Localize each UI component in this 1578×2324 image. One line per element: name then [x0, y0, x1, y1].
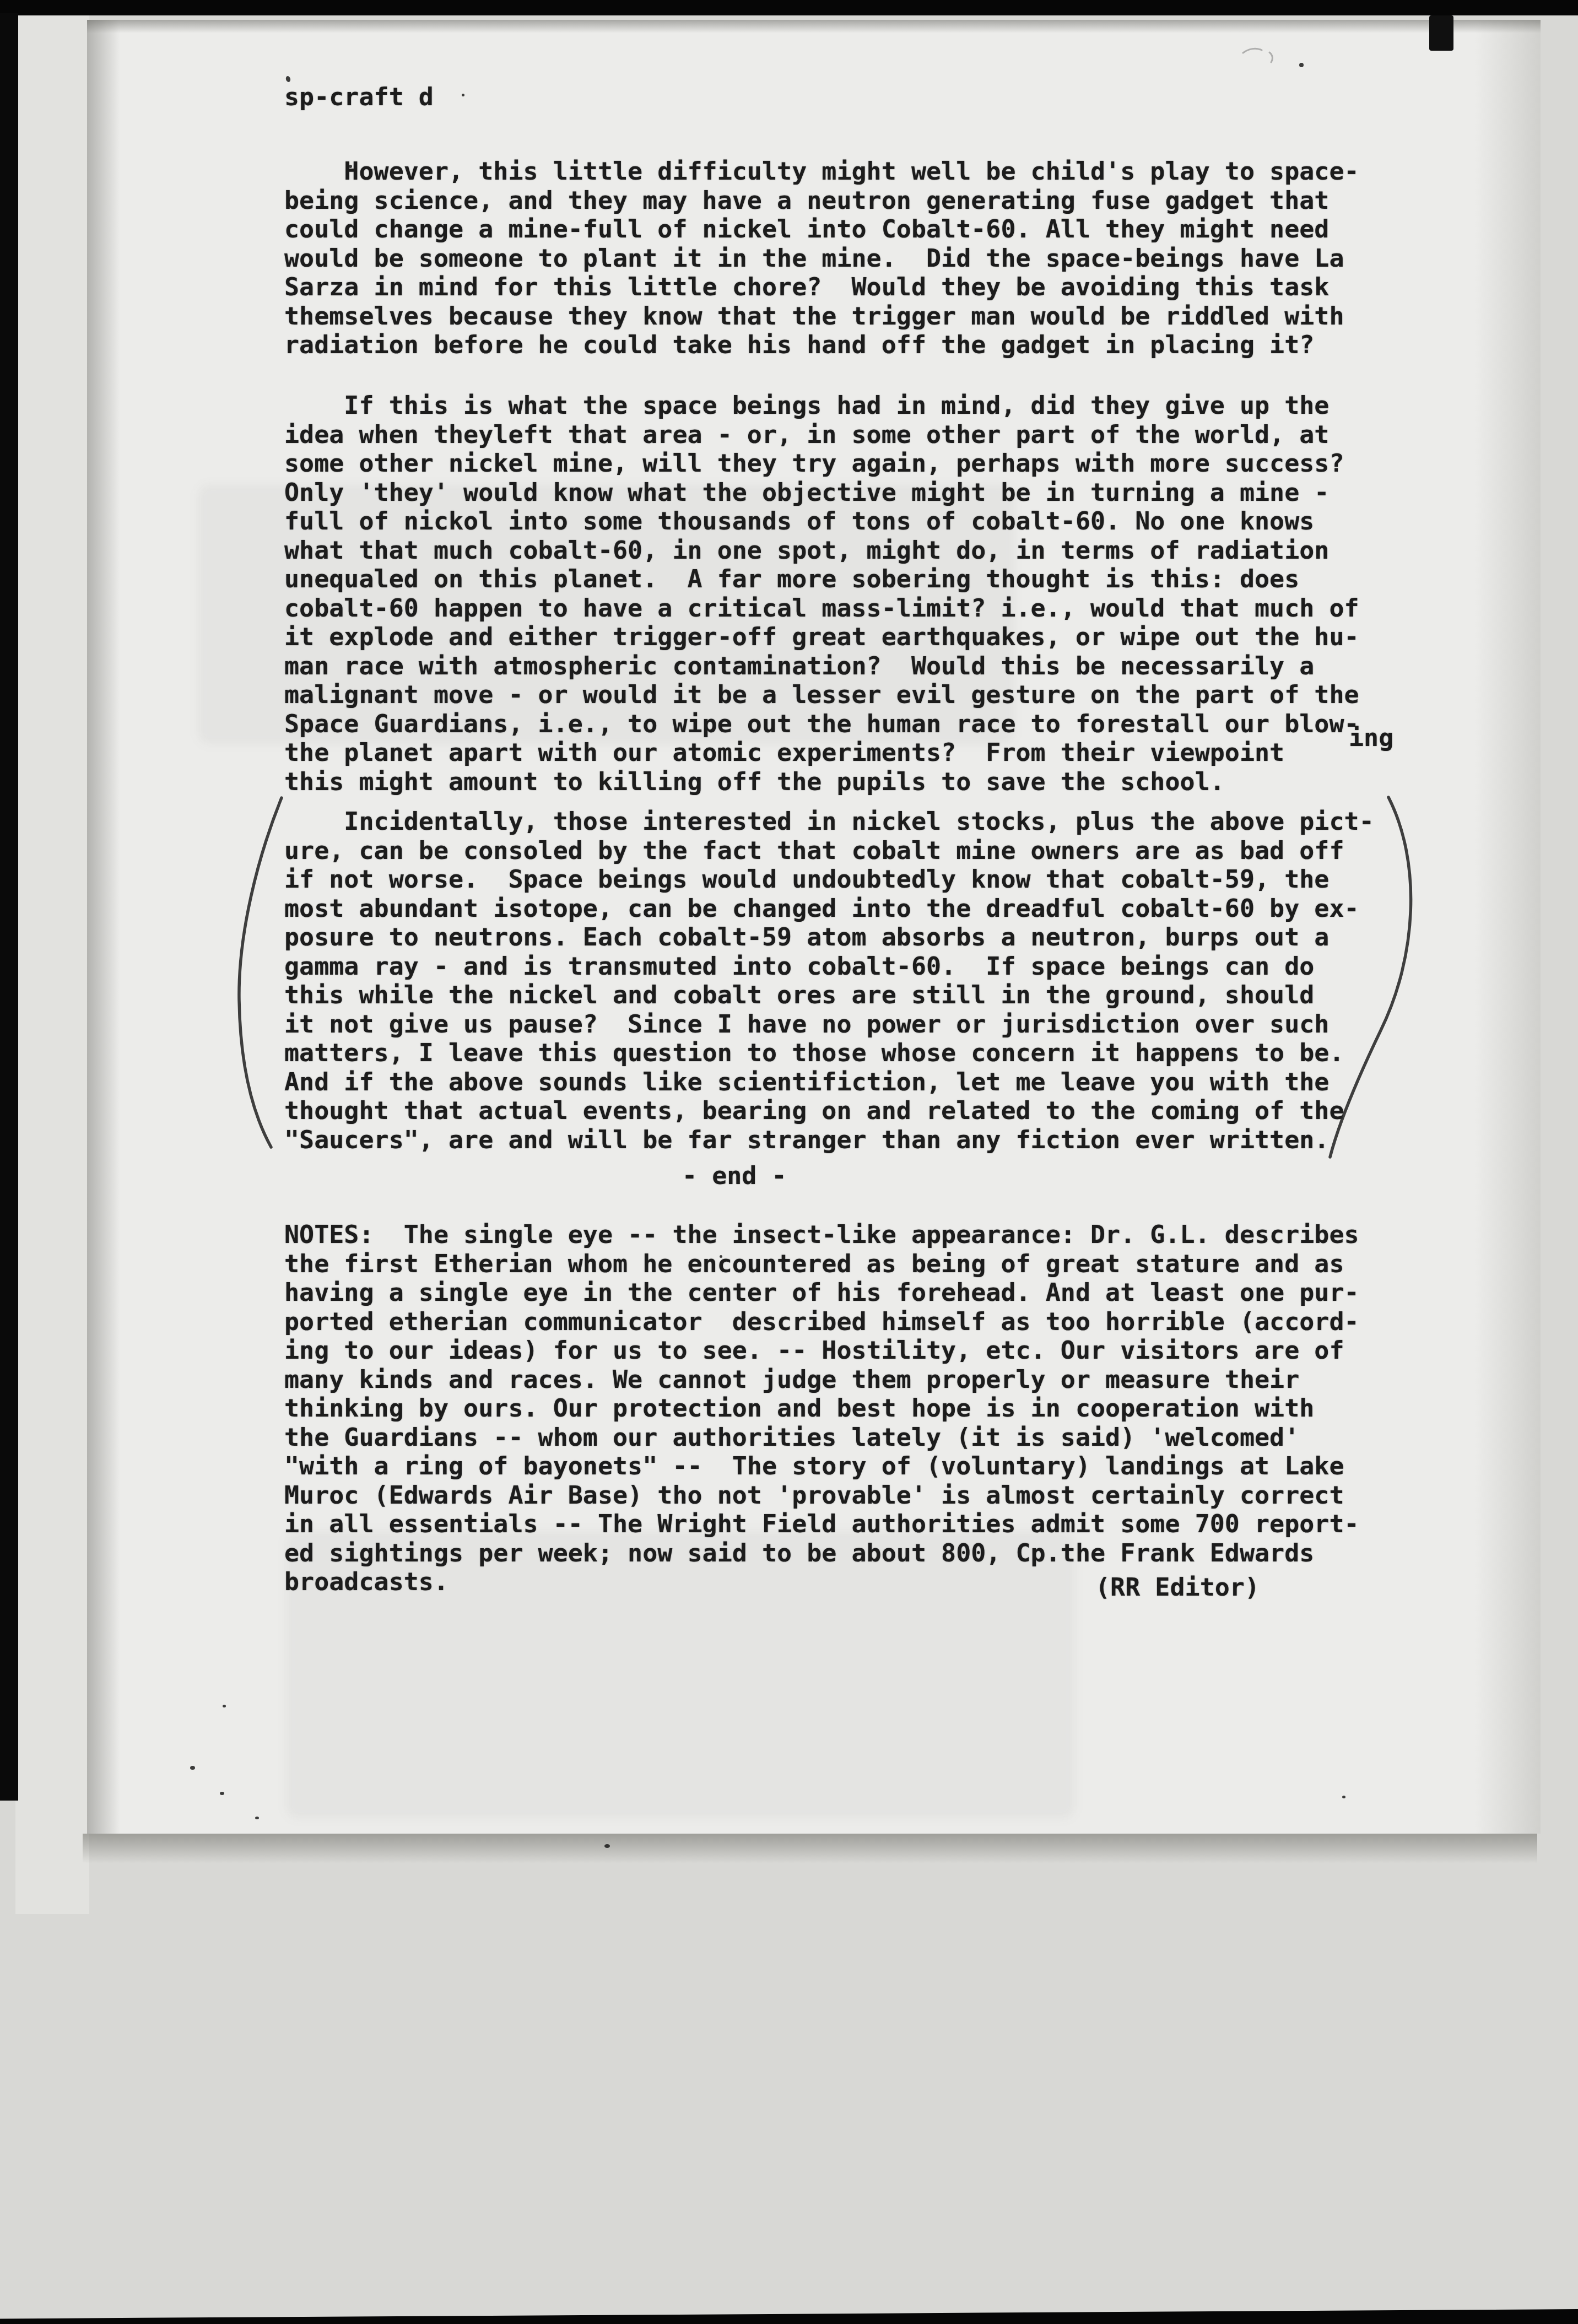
text-line: ed sightings per week; now said to be ab… [284, 1539, 1359, 1568]
text-line: having a single eye in the center of his… [284, 1278, 1359, 1307]
text-line: being science, and they may have a neutr… [284, 186, 1359, 215]
text-line: idea when theyleft that area - or, in so… [284, 420, 1359, 450]
text-line: if not worse. Space beings would undoubt… [284, 865, 1374, 894]
text-line: "Saucers", are and will be far stranger … [284, 1126, 1374, 1155]
paragraph-3: Incidentally, those interested in nickel… [284, 807, 1374, 1154]
text-line: thought that actual events, bearing on a… [284, 1096, 1374, 1126]
underlying-sheet-edge [15, 13, 89, 1914]
text-line: full of nickol into some thousands of to… [284, 507, 1359, 536]
scanned-document-page: sp-craft d However, this little difficul… [0, 0, 1578, 2324]
typed-insertion-ing: ing [1349, 723, 1393, 753]
text-line: ure, can be consoled by the fact that co… [284, 836, 1374, 866]
dust-speck [1342, 1796, 1345, 1798]
text-line: Muroc (Edwards Air Base) tho not 'provab… [284, 1481, 1359, 1510]
text-line: gamma ray - and is transmuted into cobal… [284, 952, 1374, 981]
page-slug: sp-craft d [284, 83, 434, 112]
paper-bottom-shadow [83, 1834, 1537, 1863]
end-marker: - end - [682, 1161, 787, 1191]
dust-speck [255, 1817, 259, 1819]
text-line: thinking by ours. Our protection and bes… [284, 1394, 1359, 1423]
text-line: many kinds and races. We cannot judge th… [284, 1365, 1359, 1395]
text-line: man race with atmospheric contamination?… [284, 652, 1359, 681]
text-line: posure to neutrons. Each cobalt-59 atom … [284, 923, 1374, 952]
text-line: matters, I leave this question to those … [284, 1039, 1374, 1068]
scan-edge-left [0, 13, 18, 1801]
text-line: However, this little difficulty might we… [284, 157, 1359, 186]
dust-speck [462, 94, 464, 96]
paragraph-1: However, this little difficulty might we… [284, 157, 1359, 360]
dust-speck [223, 1705, 226, 1707]
text-line: cobalt-60 happen to have a critical mass… [284, 594, 1359, 623]
scan-edge-bottom [0, 2307, 1578, 2324]
text-line: in all essentials -- The Wright Field au… [284, 1510, 1359, 1539]
text-line: would be someone to plant it in the mine… [284, 244, 1359, 273]
text-line: Only 'they' would know what the objectiv… [284, 478, 1359, 507]
scan-artifact-blob [1429, 15, 1453, 51]
text-line: ported etherian communicator described h… [284, 1307, 1359, 1337]
text-line: "with a ring of bayonets" -- The story o… [284, 1452, 1359, 1481]
dust-speck [604, 1844, 610, 1848]
text-line: If this is what the space beings had in … [284, 391, 1359, 420]
text-line: it not give us pause? Since I have no po… [284, 1010, 1374, 1039]
dust-speck [349, 165, 352, 168]
editor-credit: (RR Editor) [1095, 1573, 1260, 1602]
text-line: radiation before he could take his hand … [284, 331, 1359, 360]
text-line: Space Guardians, i.e., to wipe out the h… [284, 710, 1359, 739]
text-line: this might amount to killing off the pup… [284, 768, 1359, 797]
dust-speck [190, 1766, 195, 1770]
notes-paragraph: NOTES: The single eye -- the insect-like… [284, 1220, 1359, 1597]
text-line: most abundant isotope, can be changed in… [284, 894, 1374, 923]
text-line: some other nickel mine, will they try ag… [284, 449, 1359, 478]
text-line: NOTES: The single eye -- the insect-like… [284, 1220, 1359, 1250]
text-line: ing to our ideas) for us to see. -- Host… [284, 1336, 1359, 1365]
text-line: could change a mine-full of nickel into … [284, 215, 1359, 244]
text-line: unequaled on this planet. A far more sob… [284, 565, 1359, 594]
dust-speck [220, 1792, 224, 1795]
text-line: And if the above sounds like scientifict… [284, 1068, 1374, 1097]
text-line: it explode and either trigger-off great … [284, 623, 1359, 652]
text-line: the first Etherian whom he encountered a… [284, 1250, 1359, 1279]
text-line: the planet apart with our atomic experim… [284, 738, 1359, 768]
text-line: Incidentally, those interested in nickel… [284, 807, 1374, 836]
text-line: malignant move - or would it be a lesser… [284, 680, 1359, 710]
paragraph-2: If this is what the space beings had in … [284, 391, 1359, 796]
text-line: themselves because they know that the tr… [284, 302, 1359, 331]
text-line: the Guardians -- whom our authorities la… [284, 1423, 1359, 1452]
scan-edge-top [0, 0, 1578, 15]
text-line: this while the nickel and cobalt ores ar… [284, 981, 1374, 1010]
dust-speck [720, 1255, 722, 1258]
text-line: Sarza in mind for this little chore? Wou… [284, 273, 1359, 302]
dust-speck [1299, 63, 1304, 67]
text-line: what that much cobalt-60, in one spot, m… [284, 536, 1359, 565]
